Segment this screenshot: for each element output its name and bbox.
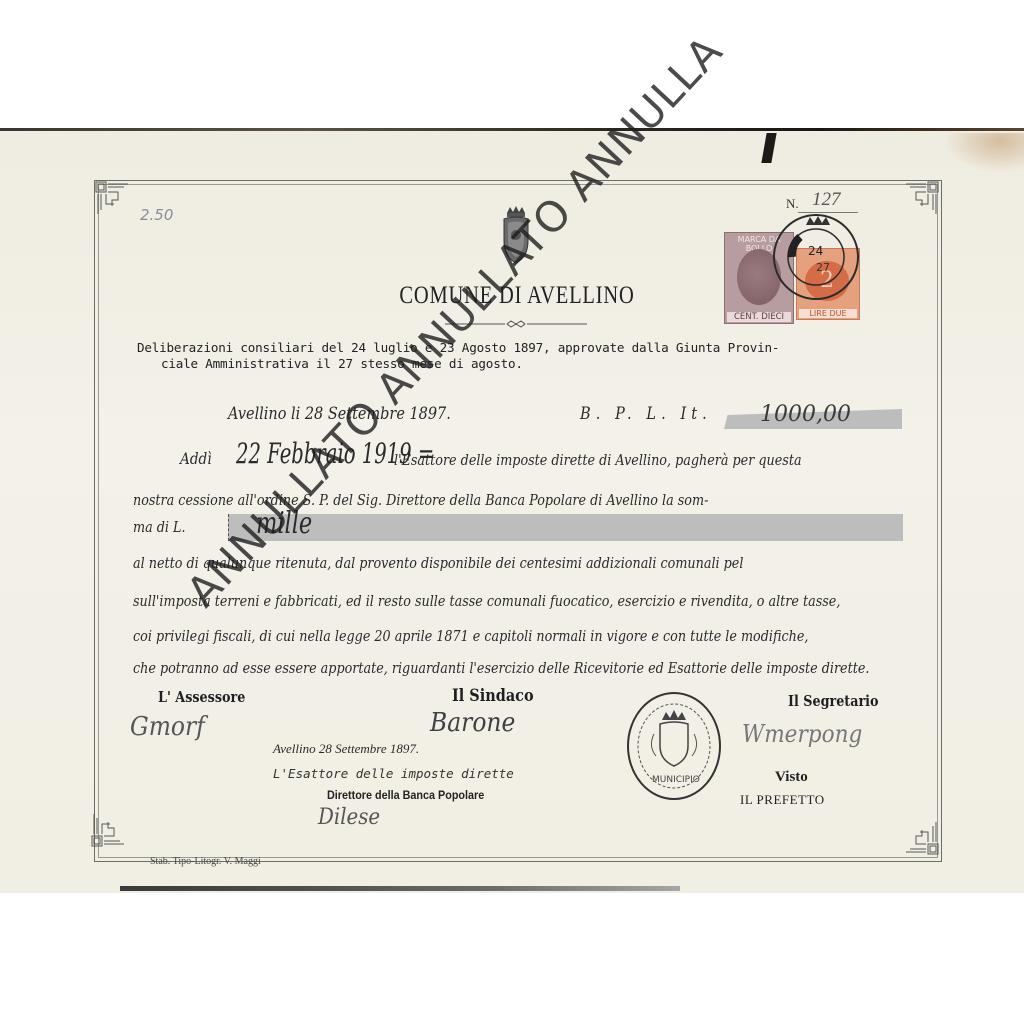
esattore-line: L'Esattore delle imposte dirette [273,766,514,781]
direttore-line: Direttore della Banca Popolare [327,788,484,802]
document-number: 127 [812,189,841,211]
corner-ornament-icon [904,180,940,216]
header-text-line-2: ciale Amministrativa il 27 stesso mese d… [161,356,523,371]
bpl-label: B. P. L. It. [580,404,712,424]
body-line: che potranno ad esse essere apportate, r… [133,659,869,677]
body-line: sull'imposta terreni e fabbricati, ed il… [133,592,840,610]
paper-bottom-edge-shadow [120,886,680,891]
payment-line-2: nostra cessione all'ordine S. P. del Sig… [133,491,708,509]
footer-date: Avellino 28 Settembre 1897. [273,741,419,757]
amount-words-band [228,514,903,541]
stamp-value-label: LIRE DUE [799,309,857,318]
stamp-value-label: CENT. DIECI [727,312,791,322]
segretario-signature: Wmerpong [742,720,862,748]
pencil-note: 2.50 [140,206,173,224]
svg-text:27: 27 [816,261,830,274]
corner-ornament-icon [90,812,126,848]
svg-text:24: 24 [808,244,823,258]
body-line: coi privilegi fiscali, di cui nella legg… [133,627,808,645]
postmark-cancel-icon: 24 27 [770,211,862,303]
corner-ornament-icon [904,820,940,856]
sindaco-signature: Barone [430,708,515,738]
payment-line-1: l'Esattore delle imposte dirette di Avel… [394,451,802,469]
paper-stain [944,133,1024,173]
document-number-label: N. [786,196,799,212]
municipal-seal-icon: MUNICIPIO [624,690,724,802]
assessore-signature: Gmorf [130,712,205,742]
assessore-label: L' Assessore [158,688,245,706]
visto-label: Visto [775,769,808,786]
prefetto-label: IL PREFETTO [740,792,825,808]
direttore-signature: Dilese [318,805,380,830]
corner-ornament-icon [94,180,130,216]
printer-credit: Stab. Tipo-Litogr. V. Maggi [150,856,261,867]
addi-label: Addì [180,449,212,468]
svg-text:MUNICIPIO: MUNICIPIO [652,775,700,785]
bpl-amount: 1000,00 [760,402,851,427]
sum-label: ma di L. [133,518,186,536]
sindaco-label: Il Sindaco [452,686,534,706]
segretario-label: Il Segretario [788,692,879,710]
